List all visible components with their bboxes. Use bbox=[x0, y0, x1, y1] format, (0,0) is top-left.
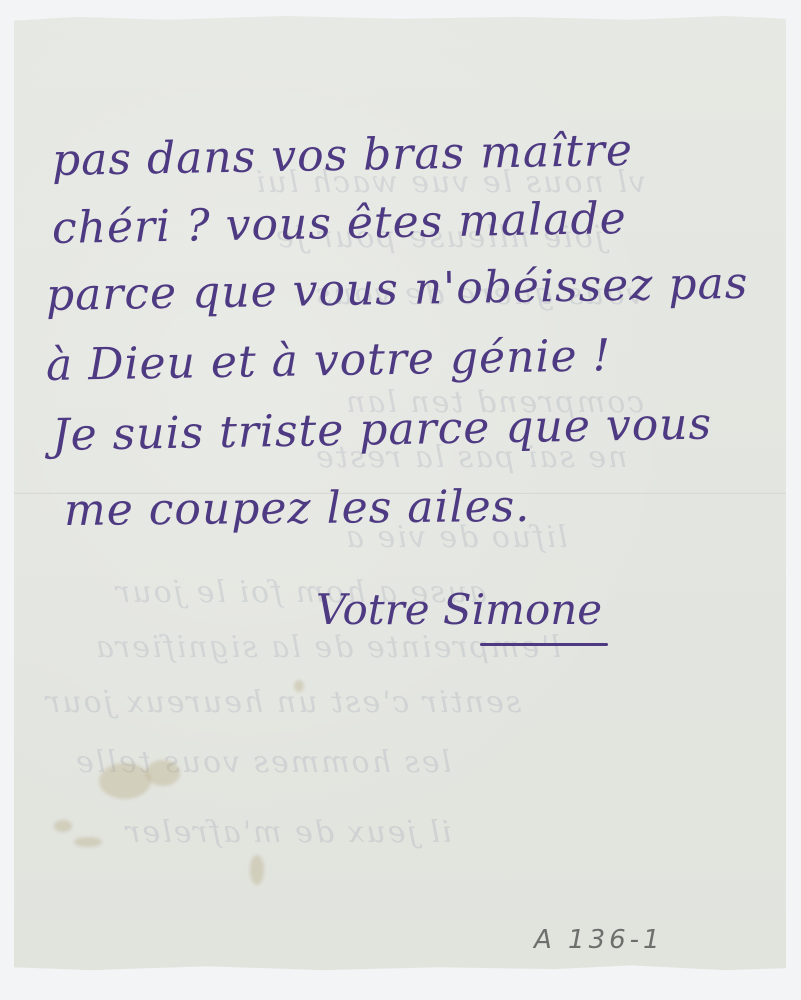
paper-stain bbox=[146, 760, 180, 786]
paper-stain bbox=[99, 763, 151, 799]
scanned-document: vl nous le vue wach lui joie nlleuse pou… bbox=[0, 0, 801, 1000]
paper-stain bbox=[54, 820, 72, 832]
bleed-through-text: sentir c'est un heureux jour bbox=[44, 685, 521, 720]
paper-stain bbox=[74, 837, 102, 847]
bleed-through-text: il jeux de m'afreler bbox=[124, 815, 452, 850]
paper-stain bbox=[250, 855, 264, 885]
signature-underline bbox=[480, 643, 608, 646]
archive-reference: A 136-1 bbox=[534, 925, 664, 955]
letter-paper: vl nous le vue wach lui joie nlleuse pou… bbox=[14, 15, 786, 972]
letter-line-6: me coupez les ailes. bbox=[64, 481, 531, 536]
bleed-through-text: l'empreinte de la signifiera bbox=[94, 630, 561, 665]
letter-line-1: pas dans vos bras maître bbox=[52, 125, 634, 186]
letter-line-2: chéri ? vous êtes malade bbox=[52, 193, 628, 254]
signature: Votre Simone bbox=[316, 585, 602, 634]
paper-stain bbox=[294, 680, 304, 692]
letter-line-4: à Dieu et à votre génie ! bbox=[46, 330, 612, 391]
